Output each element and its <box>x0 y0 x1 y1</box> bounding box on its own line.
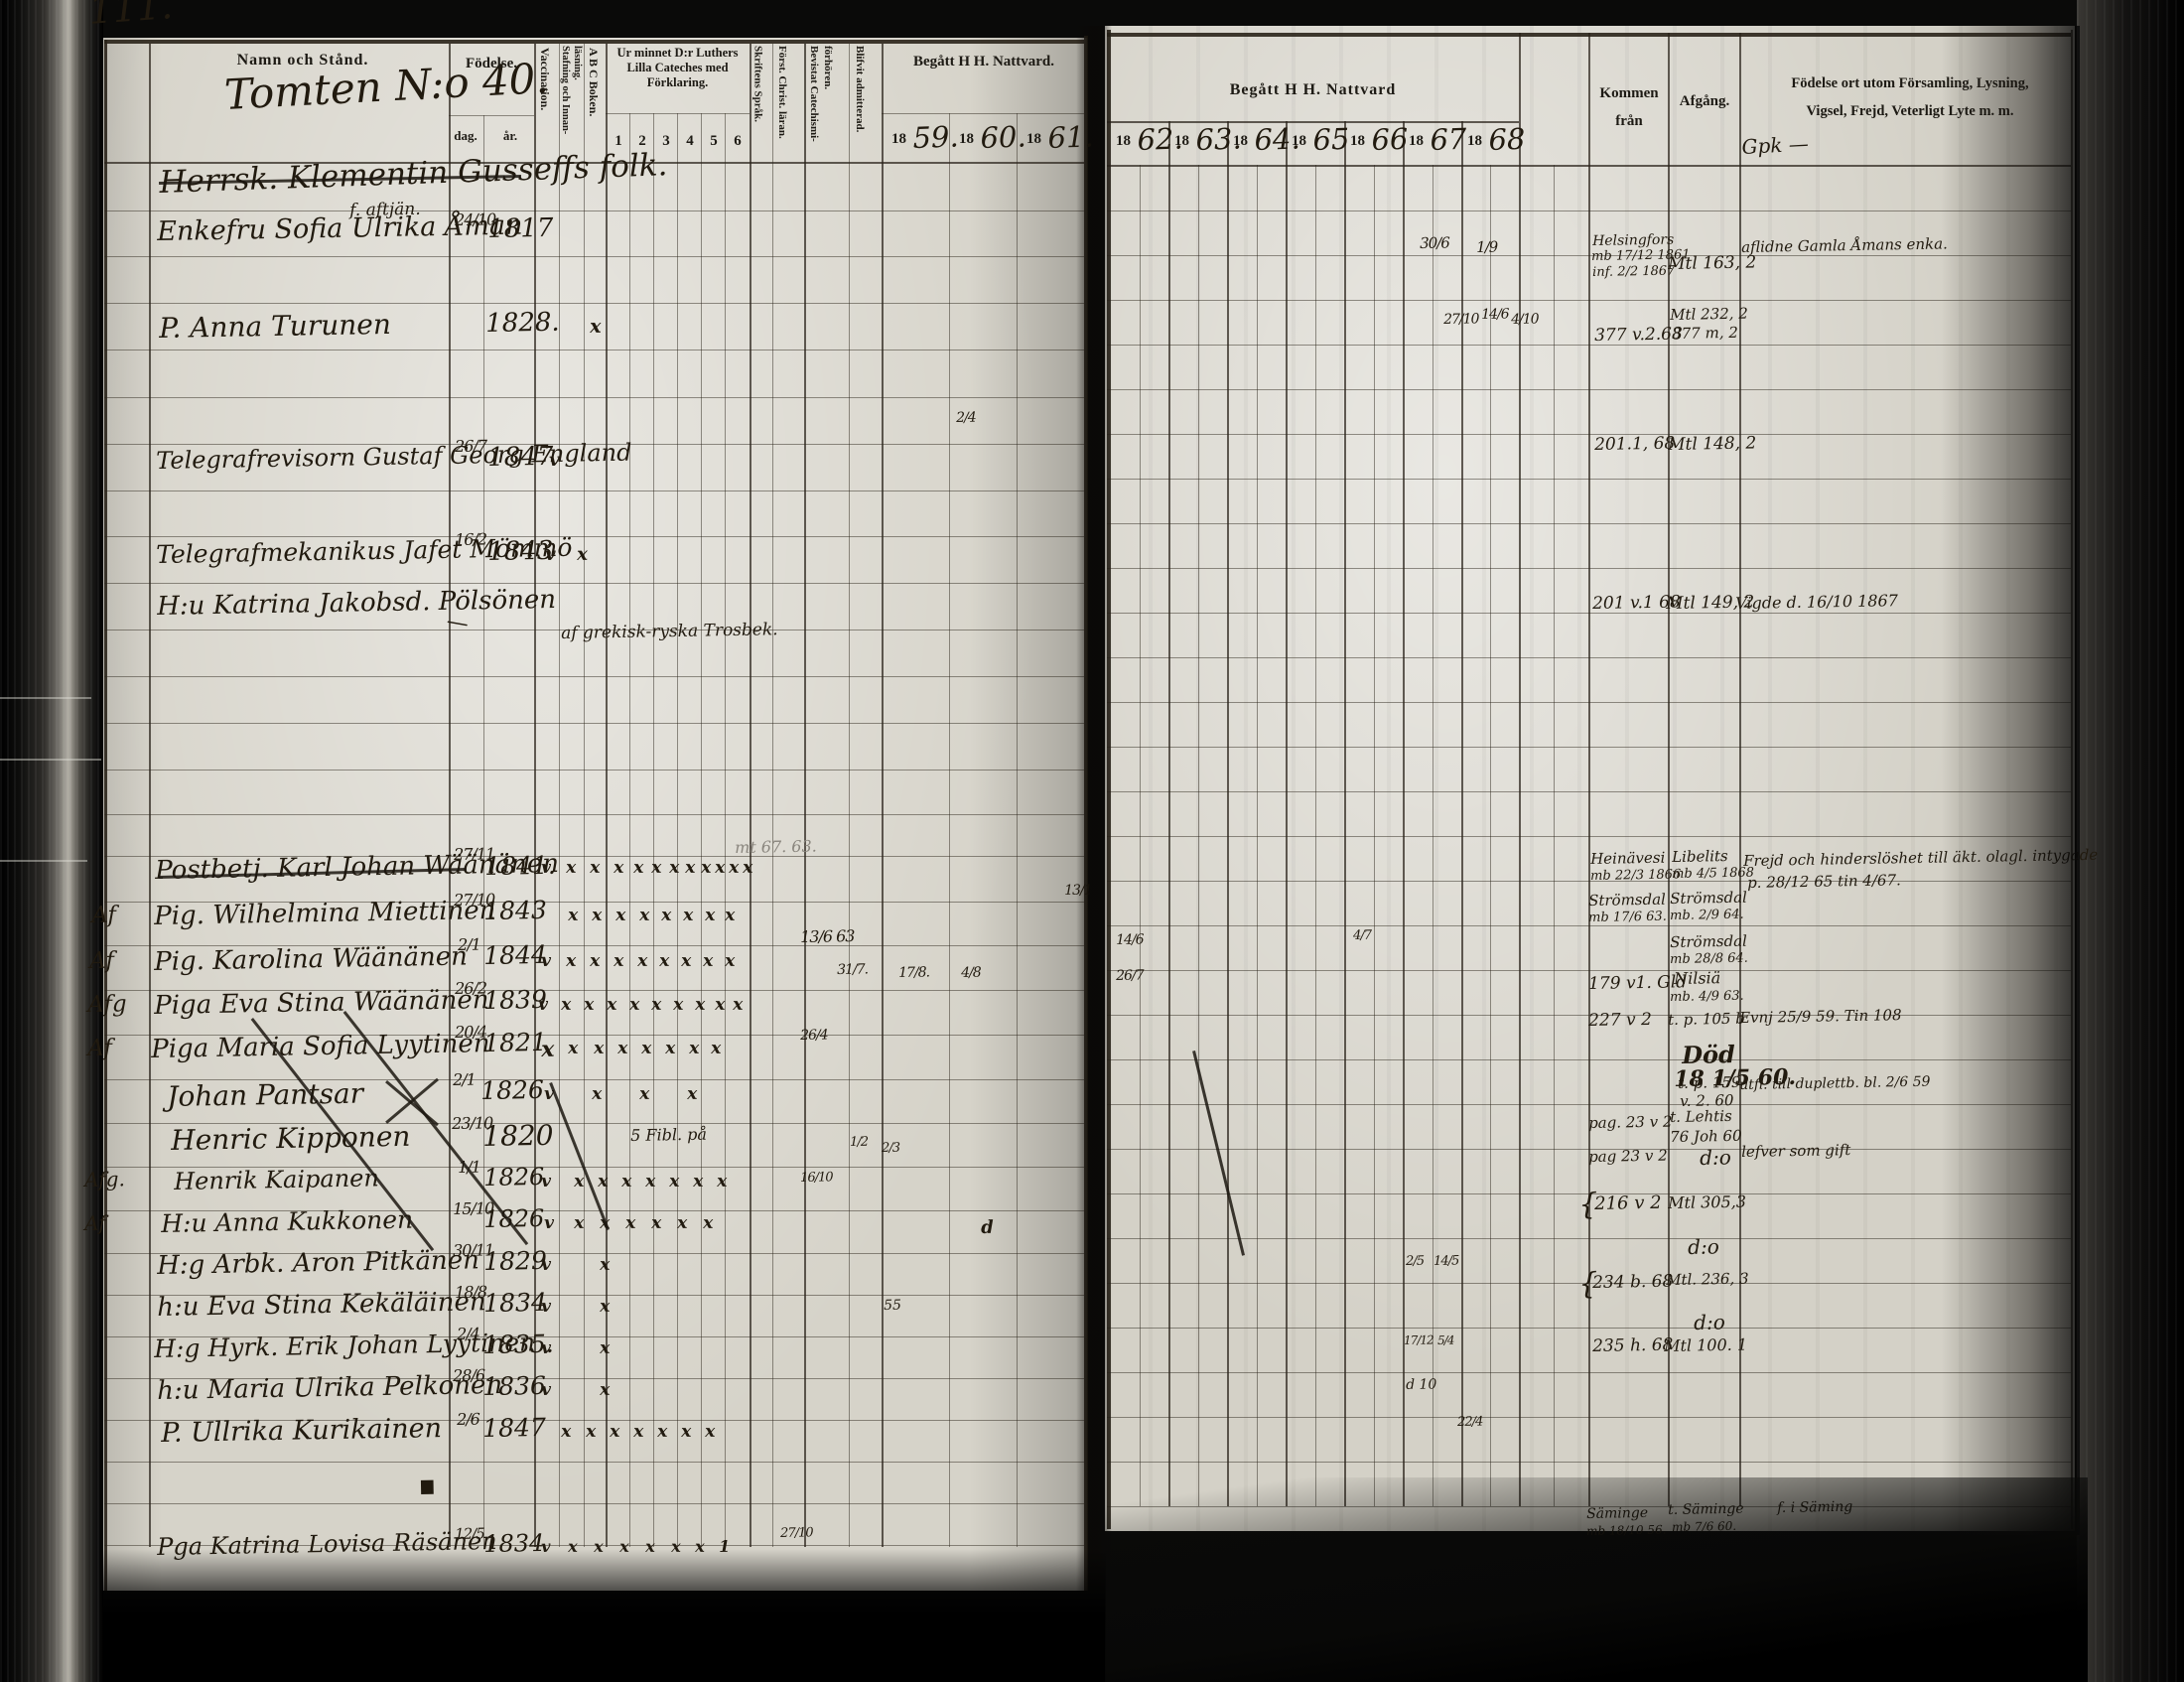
handwriting-entry: 1821 <box>483 1030 547 1056</box>
col-header-attended-examinations: Bevistat Catechismi-förhören. <box>807 46 847 161</box>
handwriting-entry: 377 v.2.68 <box>1594 326 1683 345</box>
handwriting-entry: pag 23 v 2 <box>1588 1149 1668 1166</box>
handwriting-entry: 1847 <box>482 1415 546 1442</box>
grid-line-horizontal <box>1107 1417 2071 1418</box>
grid-line-vertical <box>1084 36 1088 1591</box>
handwriting-entry: — <box>445 610 471 636</box>
grid-line-horizontal <box>1107 702 2071 703</box>
handwriting-entry: x <box>625 1215 635 1233</box>
handwriting-entry: 1836 <box>482 1373 546 1400</box>
grid-line-vertical <box>1519 33 1521 1506</box>
handwriting-entry: x <box>717 1174 727 1191</box>
grid-line-horizontal <box>1107 1462 2071 1463</box>
film-scratch <box>0 860 87 862</box>
communion-year-suffix: 68 <box>1488 124 1526 156</box>
grid-line-horizontal <box>1107 613 2071 614</box>
handwriting-entry: x <box>566 860 576 878</box>
col-header-communion-right: Begått H H. Nattvard <box>1107 81 1519 99</box>
col-header-admitted: Blifvit admitterad. <box>853 46 880 161</box>
handwriting-entry: 1847 <box>487 444 554 472</box>
grid-line-horizontal <box>104 814 1084 815</box>
grid-line-vertical <box>1017 113 1018 1547</box>
grid-line-horizontal <box>1107 300 2071 301</box>
col-header-spelling: Stafning och Innan-läsning. <box>559 46 584 161</box>
handwriting-entry: lefver som gift <box>1741 1143 1850 1161</box>
handwriting-entry: 227 v 2 <box>1588 1012 1652 1031</box>
handwriting-entry: x <box>711 1041 721 1058</box>
handwriting-entry: Helsingfors <box>1592 233 1674 249</box>
handwriting-entry: x <box>600 1257 610 1275</box>
col-header-birth: Födelse. <box>451 56 532 72</box>
handwriting-entry: 235 h. 68 <box>1592 1337 1674 1356</box>
grid-line-horizontal <box>1107 434 2071 435</box>
handwriting-entry: 1843 <box>487 538 554 566</box>
communion-year-prefix: 18 <box>1467 133 1482 150</box>
handwriting-entry: x <box>665 1041 675 1058</box>
grid-line-horizontal <box>1107 165 2071 167</box>
handwriting-entry: Af <box>84 1213 106 1234</box>
grid-line-vertical <box>584 44 585 1547</box>
handwriting-entry: Afg <box>87 992 127 1017</box>
grid-line-horizontal <box>1107 255 2071 256</box>
handwriting-entry: h:u Eva Stina Kekäläinen <box>157 1289 486 1322</box>
handwriting-entry: x <box>607 997 616 1015</box>
film-scratch <box>0 759 101 761</box>
handwriting-entry: x <box>657 1424 667 1442</box>
handwriting-entry: x <box>621 1174 631 1191</box>
handwriting-entry: Pig. Karolina Wäänänen <box>154 943 468 976</box>
handwriting-entry: 1828. <box>485 310 560 339</box>
communion-year-prefix: 18 <box>1026 131 1041 148</box>
handwriting-entry: x <box>671 1539 681 1556</box>
communion-year-prefix: 18 <box>1350 133 1365 150</box>
handwriting-entry: 1/2 <box>850 1136 868 1150</box>
grid-line-horizontal <box>1107 345 2071 346</box>
communion-year-prefix: 18 <box>1292 133 1306 150</box>
communion-year-prefix: 18 <box>1233 133 1248 150</box>
handwriting-entry: x <box>617 1041 627 1058</box>
handwriting-entry: inf. 2/2 1867 <box>1592 265 1676 280</box>
handwriting-entry: 1826 <box>480 1077 544 1104</box>
col-header-from: Kommen från <box>1590 79 1668 135</box>
grid-line-horizontal <box>1107 657 2071 658</box>
grid-line-horizontal <box>1107 33 2071 37</box>
handwriting-entry: mb 17/6 63. <box>1588 911 1667 925</box>
handwriting-entry: 1829 <box>483 1248 547 1275</box>
handwriting-entry: 1834 <box>483 1531 545 1557</box>
handwriting-entry: Säminge <box>1586 1506 1648 1522</box>
handwriting-entry: 1/9 <box>1476 240 1497 256</box>
grid-line-vertical <box>629 113 630 1547</box>
handwriting-entry: d:o <box>1700 1147 1731 1169</box>
handwriting-entry: x <box>568 1539 578 1556</box>
handwriting-entry: x <box>541 1039 555 1061</box>
grid-line-vertical <box>849 44 850 1547</box>
grid-line-horizontal <box>1107 747 2071 748</box>
handwriting-entry: x <box>639 1086 649 1104</box>
communion-year-prefix: 18 <box>1116 133 1131 150</box>
handwriting-entry: x <box>598 1174 608 1191</box>
grid-line-horizontal <box>1107 1328 2071 1329</box>
handwriting-entry: x <box>590 318 602 338</box>
grid-line-vertical <box>882 44 884 1547</box>
page-number: 111. <box>87 0 174 32</box>
handwriting-entry: 234 b. 68 <box>1592 1274 1673 1293</box>
grid-line-horizontal <box>104 397 1084 398</box>
handwriting-entry: Piga Maria Sofia Lyytinen <box>151 1031 490 1063</box>
handwriting-entry: 4/8 <box>961 966 981 981</box>
grid-line-vertical <box>804 44 806 1547</box>
col-header-communion-left: Begått H H. Nattvard. <box>886 54 1082 70</box>
handwriting-entry: P. Ullrika Kurikainen <box>161 1415 442 1448</box>
handwriting-entry: 27/10 <box>780 1526 813 1540</box>
handwriting-entry: 31/7. <box>837 962 868 977</box>
handwriting-entry: mb 18/10 56. <box>1586 1524 1667 1538</box>
handwriting-entry: Mtl 232, 2 <box>1670 307 1748 324</box>
handwriting-entry: x <box>683 908 693 925</box>
handwriting-entry: mb 4/5 1868 <box>1672 867 1754 882</box>
handwriting-entry: x <box>693 1174 703 1191</box>
handwriting-entry: 201.1, 68 <box>1594 436 1675 455</box>
handwriting-entry: x <box>614 953 623 971</box>
handwriting-entry: x <box>645 1539 655 1556</box>
handwriting-entry: Henric Kipponen <box>171 1122 411 1156</box>
handwriting-entry: P. Anna Turunen <box>159 310 391 343</box>
handwriting-entry: 20/4 <box>455 1024 486 1041</box>
grid-line-vertical <box>949 113 950 1547</box>
handwriting-entry: v <box>538 997 548 1015</box>
handwriting-entry: 13/1 <box>1064 884 1092 899</box>
handwriting-entry: 2/1 <box>458 937 480 954</box>
handwriting-entry: x <box>615 908 625 925</box>
handwriting-entry: x <box>681 953 691 971</box>
handwriting-entry: x <box>566 953 576 971</box>
handwriting-entry: x <box>703 953 713 971</box>
handwriting-entry: 5 Fibl. på <box>630 1127 707 1145</box>
handwriting-entry: Strömsdal <box>1588 893 1666 910</box>
communion-year-suffix: 60. <box>980 121 1026 153</box>
handwriting-entry: 55 <box>884 1299 901 1314</box>
handwriting-entry: v <box>541 1382 551 1400</box>
col-header-departure: Afgång. <box>1670 93 1739 110</box>
handwriting-entry: 30/6 <box>1420 235 1449 251</box>
grid-line-vertical <box>449 44 451 1547</box>
handwriting-entry: Af <box>87 1037 112 1061</box>
handwriting-entry: x <box>629 997 639 1015</box>
grid-line-vertical <box>772 44 773 1547</box>
handwriting-entry: x <box>584 997 594 1015</box>
handwriting-entry: 76 Joh 60 <box>1670 1129 1742 1146</box>
handwriting-entry: v <box>541 1299 551 1317</box>
grid-line-horizontal <box>1107 1372 2071 1373</box>
handwriting-entry: d:o <box>1694 1312 1725 1333</box>
handwriting-entry: 216 v 2 <box>1594 1194 1662 1214</box>
col-header-birth-year: år. <box>488 129 532 144</box>
handwriting-entry: x <box>568 1041 578 1058</box>
handwriting-entry: x <box>619 1539 629 1556</box>
handwriting-entry: pag. 23 v 2 <box>1588 1115 1673 1132</box>
handwriting-entry: 1844 <box>483 942 547 969</box>
handwriting-entry: 1 <box>719 1539 730 1556</box>
handwriting-entry: af grekisk-ryska Trosbek. <box>561 622 778 643</box>
handwriting-entry: x <box>715 860 725 878</box>
handwriting-entry: x <box>600 1382 610 1400</box>
col-header-catechism: Ur minnet D:r Luthers Lilla Cateches med… <box>608 46 748 90</box>
catechism-column-number: 4 <box>679 133 701 150</box>
col-header-notes-line2: Vigsel, Frejd, Veterligt Lyte m. m. <box>1750 103 2070 120</box>
handwriting-entry: Död <box>1682 1042 1735 1067</box>
handwriting-entry: 13/6 63 <box>800 928 855 946</box>
grid-line-vertical <box>1227 121 1229 1506</box>
handwriting-entry: 12/5 <box>455 1526 484 1542</box>
grid-line-vertical <box>149 44 151 1547</box>
grid-line-horizontal <box>104 536 1084 537</box>
handwriting-entry: x <box>705 908 715 925</box>
handwriting-entry: v <box>549 452 560 471</box>
grid-line-horizontal <box>1107 791 2071 792</box>
handwriting-entry: v <box>541 1340 551 1358</box>
handwriting-entry: x <box>577 546 588 565</box>
handwriting-entry: Mtl 148, 2 <box>1668 435 1756 454</box>
handwriting-entry: 2/1 <box>453 1072 476 1089</box>
handwriting-entry: x <box>715 997 725 1015</box>
handwriting-entry: x <box>685 860 695 878</box>
handwriting-entry: x <box>725 908 735 925</box>
grid-line-horizontal <box>1107 836 2071 837</box>
grid-line-vertical <box>2071 30 2073 1529</box>
handwriting-entry: x <box>673 997 683 1015</box>
handwriting-entry: 4/7 <box>1353 929 1371 943</box>
grid-line-horizontal <box>104 210 1084 211</box>
grid-line-vertical <box>606 44 608 1547</box>
col-header-vaccination: Vaccination. <box>537 48 558 161</box>
handwriting-entry: x <box>586 1424 596 1442</box>
handwriting-entry: v <box>544 1215 554 1233</box>
handwriting-entry: 27/10 <box>1443 312 1479 327</box>
handwriting-entry: x <box>574 1215 584 1233</box>
grid-line-horizontal <box>104 1462 1084 1463</box>
handwriting-entry: x <box>592 1086 602 1104</box>
handwriting-entry: mb 28/8 64. <box>1670 952 1748 967</box>
handwriting-entry: t. Lehtis <box>1670 1109 1732 1126</box>
handwriting-entry: Af <box>91 904 116 928</box>
handwriting-entry: Strömsdal <box>1670 891 1747 908</box>
handwriting-entry: 26/2 <box>455 980 486 997</box>
handwriting-entry: v <box>545 546 556 565</box>
grid-line-horizontal <box>104 40 1084 44</box>
col-header-birth-day: dag. <box>447 129 484 144</box>
film-edge-left <box>0 0 103 1682</box>
grid-line-horizontal <box>882 113 1084 114</box>
grid-line-vertical <box>1168 121 1170 1506</box>
handwriting-entry: x <box>645 1174 655 1191</box>
handwriting-entry: d:o <box>1688 1236 1719 1258</box>
grid-line-horizontal <box>1107 568 2071 569</box>
grid-line-horizontal <box>449 115 534 116</box>
handwriting-entry: 14/6 <box>1116 933 1144 948</box>
grid-line-vertical <box>653 113 654 1547</box>
handwriting-entry: x <box>651 860 661 878</box>
grid-line-horizontal <box>104 1503 1084 1504</box>
grid-line-vertical <box>559 44 560 1547</box>
communion-year-suffix: 59. <box>912 121 959 153</box>
handwriting-entry: 28/6 <box>453 1367 484 1384</box>
handwriting-entry: x <box>681 1424 691 1442</box>
handwriting-entry: 17/8. <box>898 965 929 980</box>
grid-line-horizontal <box>1107 523 2071 524</box>
col-header-abc-book: A B C Boken. <box>586 48 605 161</box>
grid-line-vertical <box>1461 121 1463 1506</box>
handwriting-entry: 22/4 <box>1457 1416 1482 1430</box>
handwriting-entry: 1820 <box>482 1121 554 1152</box>
grid-line-horizontal <box>104 676 1084 677</box>
handwriting-entry: Af <box>89 949 114 974</box>
handwriting-entry: Mtl. 236, 3 <box>1666 1272 1749 1289</box>
handwriting-entry: x <box>703 1215 713 1233</box>
handwriting-entry: 16/10 <box>800 1171 833 1185</box>
handwriting-entry: v <box>541 953 551 971</box>
grid-line-vertical <box>701 113 702 1547</box>
handwriting-entry: p. 28/12 65 tin 4/67. <box>1747 873 1901 891</box>
grid-line-horizontal <box>1107 479 2071 480</box>
handwriting-entry: x <box>633 860 643 878</box>
film-scratch <box>0 697 91 699</box>
grid-line-horizontal <box>104 256 1084 257</box>
film-edge-right <box>2077 0 2184 1682</box>
grid-line-horizontal <box>1107 881 2071 882</box>
handwriting-entry: x <box>743 860 752 878</box>
handwriting-entry: x <box>659 953 669 971</box>
handwriting-entry: x <box>561 1424 571 1442</box>
handwriting-entry: x <box>687 1086 697 1104</box>
scanned-register-page: 111. Namn och Stånd. Tomten N:o 40. Föde… <box>0 0 2184 1682</box>
handwriting-entry: x <box>733 997 743 1015</box>
grid-line-horizontal <box>1107 925 2071 926</box>
communion-year-suffix: 67 <box>1430 124 1467 156</box>
handwriting-entry: mb 7/6 60. <box>1672 1520 1736 1534</box>
handwriting-entry: 26/7 <box>1116 969 1144 984</box>
handwriting-entry: utfl. till duplettb. bl. 2/6 59 <box>1739 1075 1931 1093</box>
grid-line-vertical <box>104 40 107 1591</box>
grid-line-horizontal <box>1107 970 2071 971</box>
handwriting-entry: h:u Maria Ulrika Pelkonen <box>157 1372 502 1405</box>
handwriting-entry: x <box>705 1424 715 1442</box>
catechism-column-number: 6 <box>727 133 749 150</box>
communion-year-suffix: 66 <box>1371 124 1409 156</box>
handwriting-entry: x <box>592 908 602 925</box>
grid-line-horizontal <box>104 770 1084 771</box>
handwriting-entry: x <box>600 1340 610 1358</box>
handwriting-entry: x <box>695 997 705 1015</box>
handwriting-entry: 18/8 <box>455 1284 486 1301</box>
handwriting-entry: 1826 <box>483 1165 545 1191</box>
handwriting-entry: x <box>661 908 671 925</box>
handwriting-entry: x <box>729 860 739 878</box>
handwriting-entry: Afg. <box>84 1169 125 1191</box>
handwriting-entry: x <box>637 953 647 971</box>
handwriting-entry: 26/7 <box>455 438 486 455</box>
col-header-scripture: Skriftens Språk. <box>751 46 771 161</box>
grid-line-vertical <box>1403 121 1405 1506</box>
handwriting-entry: d 10 <box>1406 1377 1436 1392</box>
handwriting-entry: x <box>651 1215 661 1233</box>
handwriting-entry: 2/6 <box>457 1412 479 1429</box>
handwriting-entry: 4/10 <box>1511 313 1539 328</box>
handwriting-entry: x <box>614 860 623 878</box>
communion-year-prefix: 18 <box>1174 133 1189 150</box>
col-header-christianity: Först. Christ. läran. <box>775 46 802 161</box>
grid-line-horizontal <box>104 350 1084 350</box>
handwriting-entry: 2/5 <box>1406 1255 1424 1269</box>
handwriting-entry: x <box>669 1174 679 1191</box>
handwriting-entry: 2/3 <box>882 1142 899 1156</box>
handwriting-entry: 2/4 <box>457 1327 479 1343</box>
handwriting-entry: mt 67. 63. <box>735 839 817 857</box>
handwriting-entry: t. p. 159 <box>1678 1075 1741 1092</box>
handwriting-entry: H:u Anna Kukkonen <box>161 1207 413 1238</box>
handwriting-entry: Johan Pantsar <box>167 1079 363 1112</box>
handwriting-entry: mb. 2/9 64. <box>1670 909 1744 923</box>
handwriting-entry: 1843 <box>483 898 547 924</box>
handwriting-entry: x <box>669 860 679 878</box>
handwriting-entry: x <box>568 908 578 925</box>
handwriting-entry: x <box>594 1041 604 1058</box>
handwriting-entry: Pig. Wilhelmina Miettinen <box>154 898 496 930</box>
handwriting-entry: x <box>600 1299 610 1317</box>
handwriting-entry: Libelits <box>1672 849 1728 866</box>
handwriting-entry: Vigde d. 16/10 1867 <box>1735 593 1898 613</box>
communion-year-prefix: 18 <box>959 131 974 148</box>
grid-line-vertical <box>534 44 536 1547</box>
handwriting-entry: x <box>689 1041 699 1058</box>
handwriting-entry: d <box>981 1219 994 1238</box>
handwriting-entry: x <box>651 997 661 1015</box>
handwriting-entry: Pga Katrina Lovisa Räsänen <box>157 1529 497 1560</box>
grid-line-horizontal <box>606 113 750 114</box>
handwriting-entry: 2/4 <box>956 411 976 426</box>
handwriting-entry: x <box>574 1174 584 1191</box>
handwriting-entry: H:g Arbk. Aron Pitkänen <box>157 1247 479 1280</box>
handwriting-entry: f. i Säming <box>1777 1500 1852 1516</box>
handwriting-entry: v <box>541 1539 551 1556</box>
handwriting-entry: aflidne Gamla Åmans enka. <box>1741 236 1948 255</box>
communion-year-suffix: 61. <box>1047 121 1094 153</box>
handwriting-entry: Mtl 100. 1 <box>1664 1337 1747 1355</box>
handwriting-entry: v <box>541 860 551 878</box>
communion-year-prefix: 18 <box>1409 133 1424 150</box>
handwriting-entry: x <box>590 860 600 878</box>
handwriting-entry: 17/12 <box>1404 1333 1433 1346</box>
grid-line-horizontal <box>1107 1238 2071 1239</box>
handwriting-entry: x <box>695 1539 705 1556</box>
handwriting-entry: x <box>701 860 711 878</box>
handwriting-entry: x <box>639 908 649 925</box>
communion-year-suffix: 65 <box>1312 124 1350 156</box>
grid-line-horizontal <box>1107 210 2071 211</box>
handwriting-entry: Henrik Kaipanen <box>174 1166 379 1194</box>
catechism-column-number: 5 <box>703 133 725 150</box>
handwriting-entry: x <box>610 1424 619 1442</box>
handwriting-entry: Mtl 163, 2 <box>1668 254 1756 273</box>
handwriting-entry: v <box>541 1257 551 1275</box>
handwriting-entry: Mtl 305,3 <box>1668 1194 1746 1212</box>
handwriting-entry: Piga Eva Stina Wäänänen <box>154 987 489 1020</box>
handwriting-entry: t. p. 105 b <box>1668 1012 1745 1029</box>
handwriting-entry: 14/5 <box>1433 1255 1458 1269</box>
grid-line-horizontal <box>1107 1104 2071 1105</box>
communion-year-prefix: 18 <box>891 131 906 148</box>
handwriting-entry: x <box>725 953 735 971</box>
